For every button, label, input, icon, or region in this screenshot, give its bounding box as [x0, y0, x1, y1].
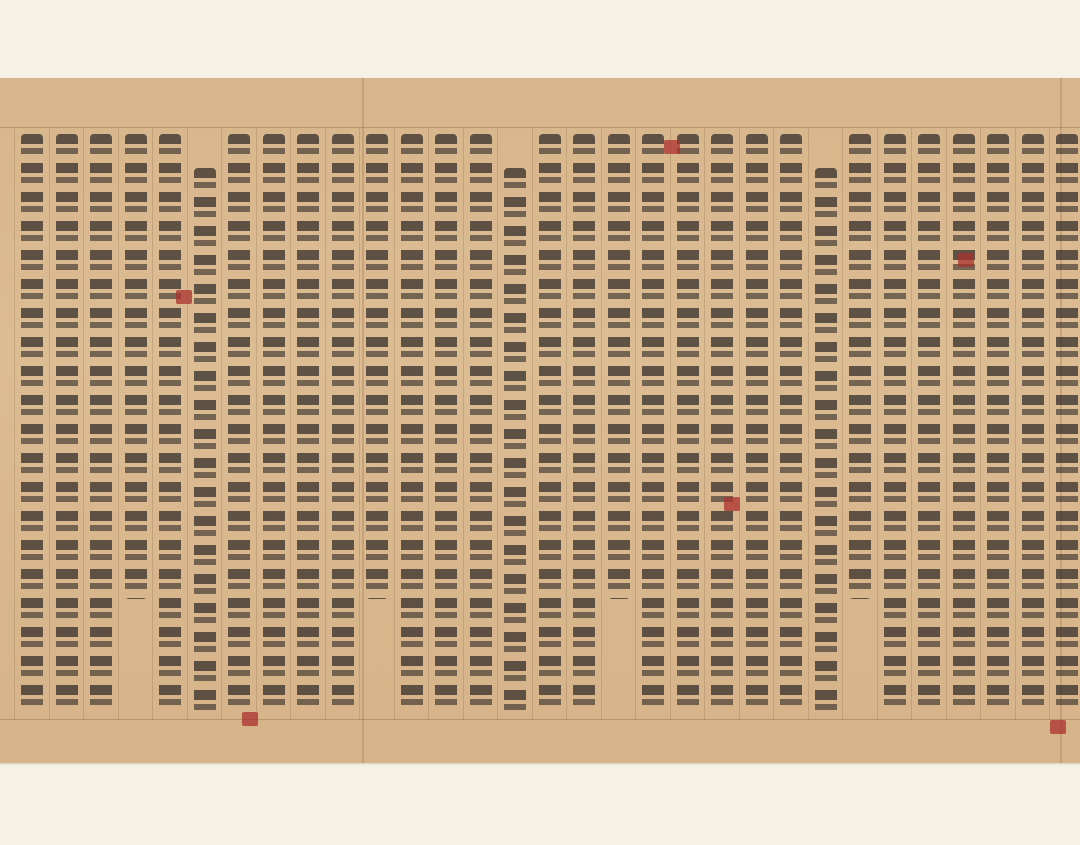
calligraphy-ink: [228, 134, 250, 713]
text-column: [601, 128, 636, 719]
calligraphy-ink: [539, 134, 561, 713]
ruled-column-grid: [0, 127, 1080, 720]
calligraphy-ink: [987, 134, 1009, 713]
red-seal-mark: [664, 140, 680, 154]
text-column: [704, 128, 739, 719]
text-column: [911, 128, 946, 719]
text-column: [256, 128, 291, 719]
red-seal-mark: [176, 290, 192, 304]
text-column: [497, 128, 532, 719]
calligraphy-ink: [470, 134, 492, 713]
calligraphy-ink: [815, 168, 837, 713]
calligraphy-ink: [332, 134, 354, 713]
text-column: [463, 128, 498, 719]
red-seal-mark: [1050, 720, 1066, 734]
text-column: [946, 128, 981, 719]
text-column: [1049, 128, 1080, 719]
calligraphy-ink: [746, 134, 768, 713]
text-column: [14, 128, 49, 719]
text-column: [325, 128, 360, 719]
calligraphy-ink: [608, 134, 630, 599]
red-seal-mark: [958, 253, 974, 267]
text-column: [83, 128, 118, 719]
calligraphy-ink: [780, 134, 802, 713]
text-column: [877, 128, 912, 719]
text-column: [118, 128, 153, 719]
calligraphy-ink: [194, 168, 216, 713]
text-column: [566, 128, 601, 719]
text-column: [980, 128, 1015, 719]
calligraphy-ink: [159, 134, 181, 713]
calligraphy-ink: [297, 134, 319, 713]
calligraphy-ink: [21, 134, 43, 713]
red-seal-mark: [242, 712, 258, 726]
calligraphy-ink: [263, 134, 285, 713]
calligraphy-ink: [677, 134, 699, 713]
text-column: [1015, 128, 1050, 719]
text-column: [394, 128, 429, 719]
calligraphy-ink: [125, 134, 147, 599]
text-column: [49, 128, 84, 719]
text-column: [739, 128, 774, 719]
calligraphy-ink: [573, 134, 595, 713]
text-column: [359, 128, 394, 719]
text-column: [152, 128, 187, 719]
calligraphy-ink: [504, 168, 526, 713]
calligraphy-ink: [90, 134, 112, 713]
manuscript-scroll: [0, 78, 1080, 763]
calligraphy-ink: [1056, 134, 1078, 713]
text-column: [635, 128, 670, 719]
calligraphy-ink: [849, 134, 871, 599]
calligraphy-ink: [711, 134, 733, 713]
text-column: [532, 128, 567, 719]
text-column: [290, 128, 325, 719]
text-column: [428, 128, 463, 719]
text-column: [221, 128, 256, 719]
red-seal-mark: [724, 497, 740, 511]
text-column: [808, 128, 843, 719]
text-column: [670, 128, 705, 719]
text-column: [773, 128, 808, 719]
text-column: [842, 128, 877, 719]
calligraphy-ink: [884, 134, 906, 713]
calligraphy-ink: [918, 134, 940, 713]
calligraphy-ink: [1022, 134, 1044, 713]
calligraphy-ink: [56, 134, 78, 713]
calligraphy-ink: [642, 134, 664, 713]
calligraphy-ink: [435, 134, 457, 713]
text-column: [187, 128, 222, 719]
calligraphy-ink: [401, 134, 423, 713]
calligraphy-ink: [953, 134, 975, 713]
calligraphy-ink: [366, 134, 388, 599]
